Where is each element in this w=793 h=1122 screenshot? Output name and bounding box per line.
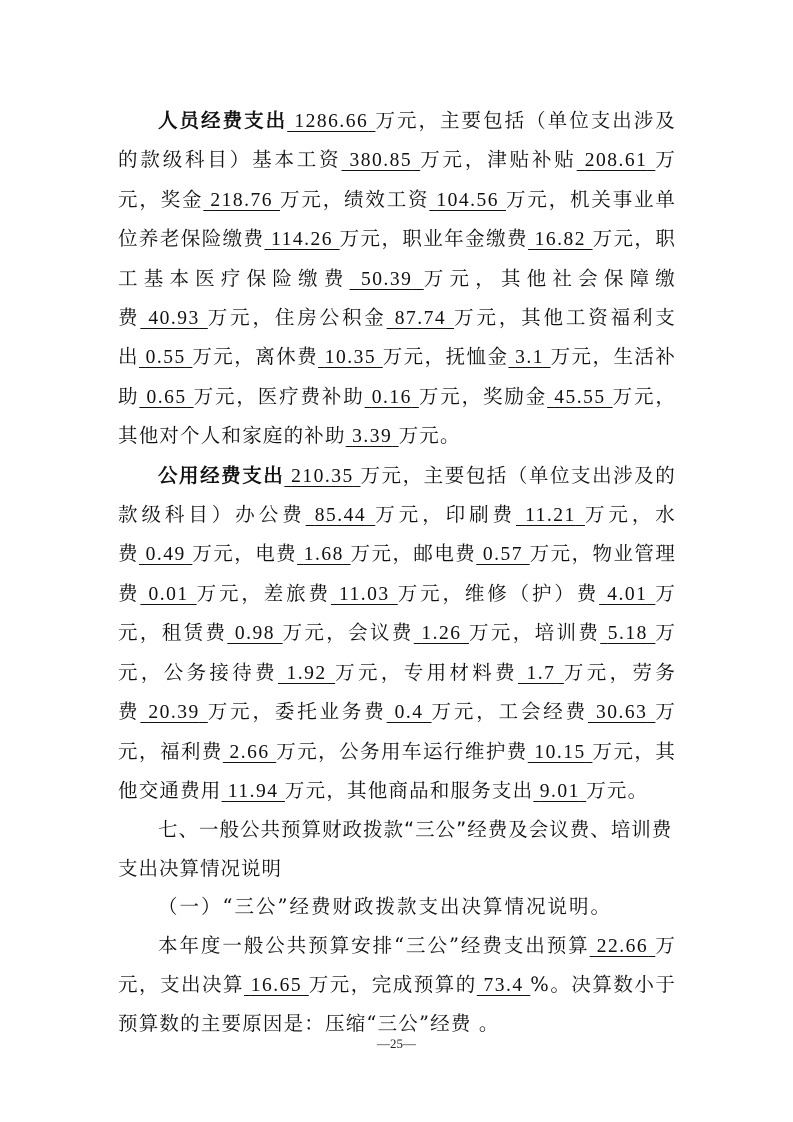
text-run: 公务用车运行维护费 bbox=[339, 740, 528, 763]
text-run: 抚恤金 bbox=[446, 345, 509, 368]
text-run: 万元 bbox=[280, 188, 323, 211]
amount-value: 10.35 bbox=[318, 347, 383, 368]
text-run: ， bbox=[236, 385, 257, 408]
text-run: 万元 bbox=[192, 542, 234, 565]
text-run: 万元 bbox=[432, 700, 477, 723]
text-run: 绩效工资 bbox=[344, 188, 429, 211]
amount-value: 16.82 bbox=[528, 229, 593, 250]
text-run: 专用材料费 bbox=[404, 661, 518, 684]
page-number: —25— bbox=[0, 1036, 793, 1052]
text-run: ， bbox=[476, 700, 498, 723]
text-run: ， bbox=[462, 385, 483, 408]
amount-value: 30.63 bbox=[588, 702, 655, 723]
text-run: 万元 bbox=[586, 779, 627, 802]
text-run: ， bbox=[392, 542, 413, 565]
text-run: ， bbox=[381, 661, 404, 684]
personnel-expense-title: 人员经费支出 bbox=[158, 109, 287, 132]
text-run: 万元 bbox=[419, 385, 462, 408]
text-run: 万元 bbox=[351, 542, 393, 565]
text-run: ， bbox=[425, 345, 446, 368]
text-run: 万元 bbox=[506, 188, 549, 211]
subsection-1-heading: （一）“三公”经费财政拨款支出决算情况说明。 bbox=[118, 888, 676, 926]
text-run: 电费 bbox=[255, 542, 297, 565]
public-expense-paragraph: 公用经费支出210.35万元，主要包括（单位支出涉及的款级科目）办公费85.44… bbox=[118, 457, 676, 812]
text-run: 万元 bbox=[192, 345, 234, 368]
text-run: 培训费 bbox=[535, 621, 601, 644]
text-run: ， bbox=[572, 542, 593, 565]
text-run: 工会经费 bbox=[499, 700, 588, 723]
amount-value: 104.56 bbox=[429, 190, 506, 211]
amount-value: 20.39 bbox=[140, 702, 207, 723]
text-run: 其他商品和服务支出 bbox=[347, 779, 533, 802]
document-page: 人员经费支出1286.66万元，主要包括（单位支出涉及的款级科目）基本工资380… bbox=[118, 102, 676, 1044]
text-run: ， bbox=[323, 188, 344, 211]
amount-value: 1.68 bbox=[297, 544, 350, 565]
text-run: 万元 bbox=[208, 306, 253, 329]
text-run: 会议费 bbox=[348, 621, 414, 644]
amount-value: 0.65 bbox=[139, 387, 193, 408]
text-run: ， bbox=[139, 188, 160, 211]
text-run: ， bbox=[326, 779, 347, 802]
text-run: 万元 bbox=[194, 385, 237, 408]
amount-value: 0.16 bbox=[365, 387, 419, 408]
actual-value: 16.65 bbox=[244, 975, 309, 996]
text-run: 职业年金缴费 bbox=[402, 227, 528, 250]
amount-value: 0.49 bbox=[139, 544, 192, 565]
text-run: 委托业务费 bbox=[275, 700, 387, 723]
text-run: ， bbox=[381, 227, 402, 250]
amount-value: 3.1 bbox=[508, 347, 550, 368]
text-run: 万元 bbox=[197, 582, 242, 605]
text-run: 津贴补贴 bbox=[487, 148, 576, 171]
amount-value: 45.55 bbox=[547, 387, 613, 408]
text-run: ， bbox=[141, 661, 164, 684]
amount-value: 1.7 bbox=[518, 663, 564, 684]
amount-value: 3.39 bbox=[346, 426, 399, 447]
amount-value: 380.85 bbox=[342, 150, 421, 171]
text-run: 万元 bbox=[340, 227, 382, 250]
text-run: 万元 bbox=[375, 503, 422, 526]
text-run: 万元 bbox=[399, 424, 440, 447]
amount-value: 208.61 bbox=[577, 150, 656, 171]
amount-value: 0.57 bbox=[476, 544, 529, 565]
amount-value: 2.66 bbox=[223, 742, 276, 763]
amount-value: 11.94 bbox=[222, 781, 285, 802]
text-run: ， bbox=[253, 306, 275, 329]
text-run: ， bbox=[655, 385, 676, 408]
amount-value: 85.44 bbox=[306, 505, 376, 526]
amount-value: 114.26 bbox=[264, 229, 339, 250]
amount-value: 218.76 bbox=[203, 190, 280, 211]
text-run: ， bbox=[593, 345, 614, 368]
text-run: 万元 bbox=[283, 621, 327, 644]
section-7-heading: 七、一般公共预算财政拨款“三公”经费及会议费、培训费支出决算情况说明 bbox=[118, 811, 676, 888]
text-run: 万元 bbox=[383, 345, 425, 368]
text-run: 万元 bbox=[454, 306, 499, 329]
amount-value: 11.03 bbox=[331, 584, 398, 605]
text-run: ， bbox=[465, 148, 487, 171]
text-run: ， bbox=[442, 582, 464, 605]
text-run: 万元 bbox=[469, 621, 513, 644]
text-run: 公务接待费 bbox=[164, 661, 278, 684]
text-run: 。 bbox=[440, 424, 461, 447]
completion-percent: 73.4 bbox=[477, 975, 531, 996]
text-run: 租赁费 bbox=[162, 621, 228, 644]
text-run: ， bbox=[139, 740, 160, 763]
text-run: 万元 bbox=[530, 542, 572, 565]
text-run: 其他对个人和家庭的补助 bbox=[118, 424, 346, 447]
public-total: 210.35 bbox=[284, 466, 360, 487]
text-run: 离休费 bbox=[255, 345, 318, 368]
text-run: 万元 bbox=[564, 661, 610, 684]
personnel-expense-paragraph: 人员经费支出1286.66万元，主要包括（单位支出涉及的款级科目）基本工资380… bbox=[118, 102, 676, 457]
text-run: 印刷费 bbox=[446, 503, 516, 526]
text-run: 本年度一般公共预算安排“三公”经费支出预算 bbox=[158, 934, 590, 957]
public-expense-title: 公用经费支出 bbox=[158, 464, 284, 487]
text-run: 邮电费 bbox=[413, 542, 476, 565]
text-run: ， bbox=[140, 621, 162, 644]
amount-value: 9.01 bbox=[533, 781, 586, 802]
amount-value: 5.18 bbox=[600, 623, 655, 644]
personnel-total: 1286.66 bbox=[287, 111, 375, 132]
text-run: ， bbox=[634, 227, 655, 250]
amount-value: 11.21 bbox=[516, 505, 585, 526]
text-run: 万元 bbox=[398, 582, 443, 605]
text-run: 维修（护）费 bbox=[465, 582, 599, 605]
text-run: 万元 bbox=[424, 267, 475, 290]
text-run: 万元 bbox=[593, 227, 635, 250]
text-run: 奖励金 bbox=[483, 385, 547, 408]
text-run: 奖金 bbox=[161, 188, 204, 211]
text-run: ， bbox=[632, 503, 655, 526]
text-run: 万元 bbox=[613, 385, 656, 408]
amount-value: 1.26 bbox=[414, 623, 469, 644]
text-run: ， bbox=[475, 267, 501, 290]
text-run: 基本工资 bbox=[252, 148, 341, 171]
text-run: 福利费 bbox=[160, 740, 223, 763]
text-run: ， bbox=[422, 503, 445, 526]
text-run: 万元 bbox=[585, 503, 632, 526]
amount-value: 50.39 bbox=[350, 269, 424, 290]
text-run: 万元 bbox=[420, 148, 465, 171]
text-run: ， bbox=[234, 542, 255, 565]
amount-value: 10.15 bbox=[528, 742, 593, 763]
amount-value: 40.93 bbox=[140, 308, 207, 329]
text-run: ， bbox=[326, 621, 348, 644]
text-run: 万元 bbox=[592, 740, 634, 763]
text-run: 医疗费补助 bbox=[258, 385, 365, 408]
text-run: ， bbox=[318, 740, 339, 763]
text-run: 万元，完成预算的 bbox=[309, 973, 477, 996]
text-run: ， bbox=[610, 661, 633, 684]
text-run: 住房公积金 bbox=[275, 306, 387, 329]
text-run: 万元 bbox=[285, 779, 326, 802]
text-run: 办公费 bbox=[235, 503, 305, 526]
text-run: 。 bbox=[628, 779, 649, 802]
text-run: ， bbox=[241, 582, 263, 605]
text-run: ， bbox=[513, 621, 535, 644]
text-run: ， bbox=[253, 700, 275, 723]
text-run: ， bbox=[634, 740, 655, 763]
text-run: ， bbox=[549, 188, 570, 211]
amount-value: 0.01 bbox=[140, 584, 196, 605]
amount-value: 4.01 bbox=[599, 584, 655, 605]
three-public-expense-paragraph: 本年度一般公共预算安排“三公”经费支出预算22.66万元，支出决算16.65万元… bbox=[118, 927, 676, 1044]
amount-value: 0.98 bbox=[227, 623, 282, 644]
amount-value: 0.55 bbox=[139, 347, 192, 368]
text-run: 万元 bbox=[551, 345, 593, 368]
budget-value: 22.66 bbox=[590, 936, 656, 957]
text-run: 万元 bbox=[208, 700, 253, 723]
text-run: 差旅费 bbox=[264, 582, 331, 605]
amount-value: 0.4 bbox=[387, 702, 432, 723]
text-run: ， bbox=[234, 345, 255, 368]
text-run: 万元 bbox=[335, 661, 381, 684]
text-run: 万元 bbox=[276, 740, 318, 763]
amount-value: 1.92 bbox=[278, 663, 335, 684]
amount-value: 87.74 bbox=[387, 308, 454, 329]
text-run: ， bbox=[499, 306, 521, 329]
